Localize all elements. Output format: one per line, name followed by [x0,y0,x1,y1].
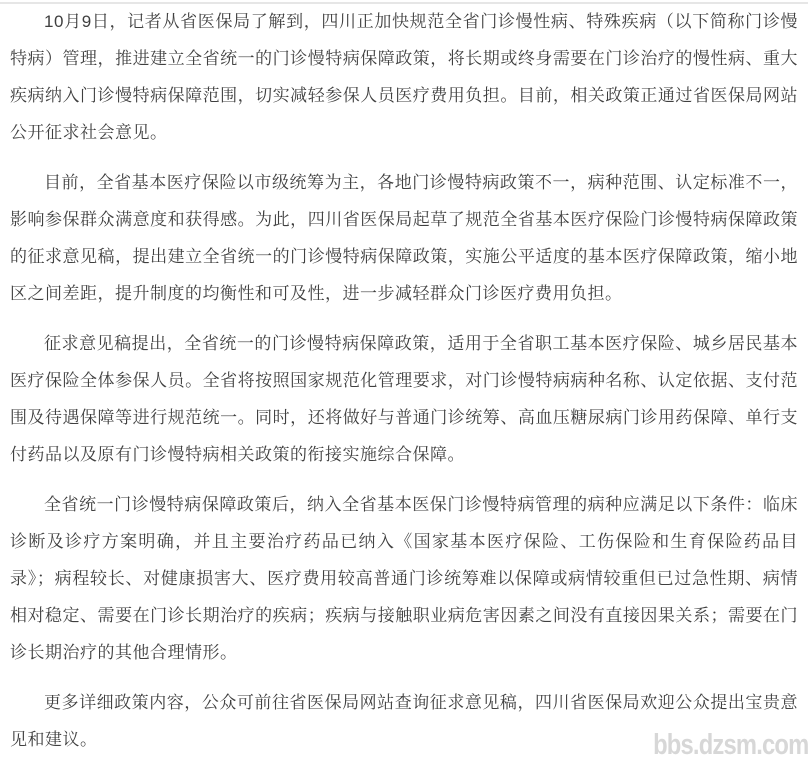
site-watermark: bbs.dzsm.com [653,729,808,762]
paragraph-4: 全省统一门诊慢特病保障政策后，纳入全省基本医保门诊慢特病管理的病种应满足以下条件… [10,486,798,671]
paragraph-1: 10月9日，记者从省医保局了解到，四川正加快规范全省门诊慢性病、特殊疾病（以下简… [10,3,798,151]
article-page: 10月9日，记者从省医保局了解到，四川正加快规范全省门诊慢性病、特殊疾病（以下简… [0,0,808,764]
paragraph-3: 征求意见稿提出，全省统一的门诊慢特病保障政策，适用于全省职工基本医疗保险、城乡居… [10,325,798,473]
paragraph-2: 目前，全省基本医疗保险以市级统筹为主，各地门诊慢特病政策不一，病种范围、认定标准… [10,164,798,312]
article-body: 10月9日，记者从省医保局了解到，四川正加快规范全省门诊慢性病、特殊疾病（以下简… [0,3,808,764]
